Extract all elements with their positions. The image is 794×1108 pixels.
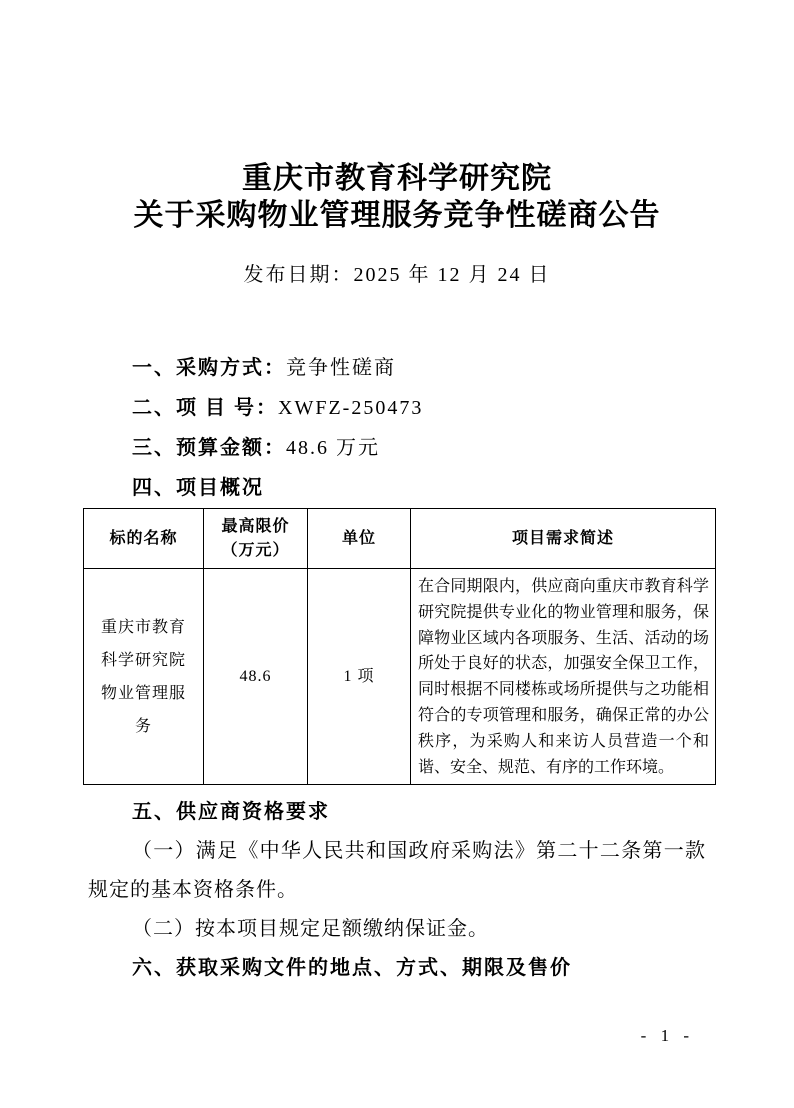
section-project-overview: 四、项目概况	[88, 468, 706, 508]
doc-title-line-1: 重庆市教育科学研究院	[0, 160, 794, 197]
cell-requirement-summary: 在合同期限内，供应商向重庆市教育科学研究院提供专业化的物业管理和服务，保障物业区…	[411, 569, 716, 785]
page-number: - 1 -	[641, 1026, 694, 1046]
header-requirement-summary: 项目需求简述	[411, 509, 716, 569]
header-unit: 单位	[308, 509, 411, 569]
project-overview-table: 标的名称 最高限价 （万元） 单位 项目需求简述 重庆市教育科学研究院物业管理服…	[83, 508, 716, 785]
section-budget-value: 48.6 万元	[286, 437, 380, 459]
header-subject-name: 标的名称	[84, 509, 204, 569]
section-project-overview-label: 四、项目概况	[132, 477, 264, 499]
title-block: 重庆市教育科学研究院 关于采购物业管理服务竞争性磋商公告	[0, 0, 794, 234]
publish-date: 发布日期：2025 年 12 月 24 日	[0, 262, 794, 288]
cell-max-price: 48.6	[204, 569, 308, 785]
cell-subject-name: 重庆市教育科学研究院物业管理服务	[84, 569, 204, 785]
qualification-block: 五、供应商资格要求 （一）满足《中华人民共和国政府采购法》第二十二条第一款规定的…	[88, 793, 706, 988]
header-max-price: 最高限价 （万元）	[204, 509, 308, 569]
section-procurement-method-label: 一、采购方式：	[132, 357, 286, 379]
doc-title-line-2: 关于采购物业管理服务竞争性磋商公告	[0, 197, 794, 234]
cell-unit: 1 项	[308, 569, 411, 785]
qualification-item-1: （一）满足《中华人民共和国政府采购法》第二十二条第一款规定的基本资格条件。	[88, 832, 706, 910]
section-procurement-method: 一、采购方式：竞争性磋商	[88, 348, 706, 388]
qualification-item-2: （二）按本项目规定足额缴纳保证金。	[88, 910, 706, 949]
section-document-acquisition: 六、获取采购文件的地点、方式、期限及售价	[88, 949, 706, 988]
document-body: 一、采购方式：竞争性磋商 二、项 目 号：XWFZ-250473 三、预算金额：…	[88, 348, 706, 988]
table-row: 重庆市教育科学研究院物业管理服务 48.6 1 项 在合同期限内，供应商向重庆市…	[84, 569, 716, 785]
document-page: 重庆市教育科学研究院 关于采购物业管理服务竞争性磋商公告 发布日期：2025 年…	[0, 0, 794, 1108]
section-procurement-method-value: 竞争性磋商	[286, 357, 396, 379]
section-project-number-value: XWFZ-250473	[278, 397, 423, 419]
section-budget: 三、预算金额：48.6 万元	[88, 428, 706, 468]
section-project-number: 二、项 目 号：XWFZ-250473	[88, 388, 706, 428]
section-supplier-qualification: 五、供应商资格要求	[88, 793, 706, 832]
section-budget-label: 三、预算金额：	[132, 437, 286, 459]
table-header-row: 标的名称 最高限价 （万元） 单位 项目需求简述	[84, 509, 716, 569]
section-project-number-label: 二、项 目 号：	[132, 397, 278, 419]
